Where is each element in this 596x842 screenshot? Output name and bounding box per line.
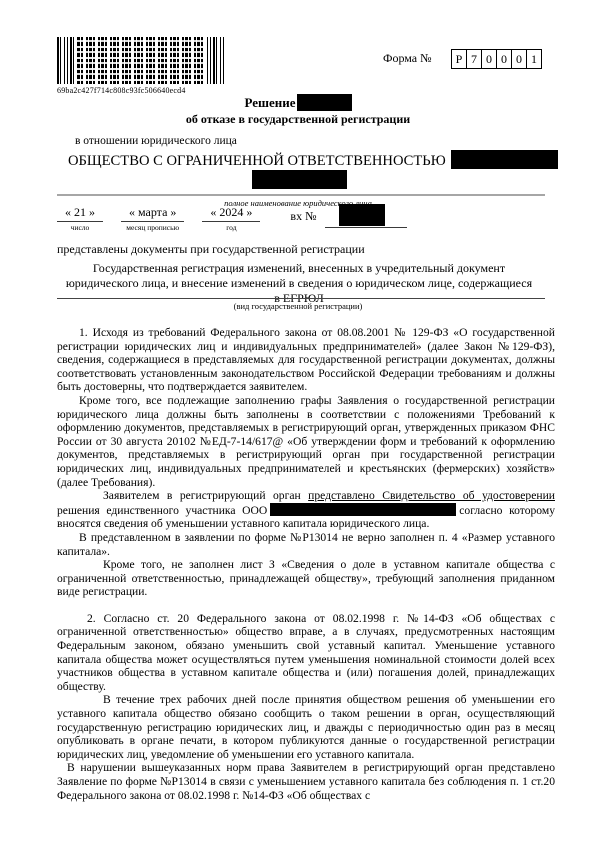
incoming-number-line xyxy=(325,205,407,228)
date-year-value: « 2024 » xyxy=(202,205,260,222)
paragraph-3: Заявителем в регистрирующий орган предст… xyxy=(57,489,555,531)
title-text: Решение xyxy=(244,95,295,110)
document-body: 1. Исходя из требований Федерального зак… xyxy=(57,326,555,802)
paragraph-6: 2. Согласно ст. 20 Федерального закона о… xyxy=(57,612,555,694)
form-code-cell: 7 xyxy=(466,49,482,69)
form-code-boxes: Р 7 0 0 0 1 xyxy=(452,49,542,69)
company-name-prefix: ОБЩЕСТВО С ОГРАНИЧЕННОЙ ОТВЕТСТВЕННОСТЬЮ xyxy=(68,153,446,169)
barcode-2d-pattern xyxy=(77,37,205,84)
registration-type-caption: (вид государственной регистрации) xyxy=(0,301,596,311)
paragraph-3-start: Заявителем в регистрирующий орган xyxy=(103,489,308,502)
paragraph-3-underlined: представлено Свидетельство об удостовере… xyxy=(308,489,555,502)
date-block: « 21 » число « марта » месяц прописью « … xyxy=(57,205,407,232)
form-code-cell: 0 xyxy=(481,49,497,69)
document-page: 69ba2c427f714c808c93fc506640ecd4 Форма №… xyxy=(0,0,596,842)
paragraph-2: Кроме того, все подлежащие заполнению гр… xyxy=(57,394,555,489)
paragraph-8: В нарушении вышеуказанных норм права Зая… xyxy=(57,761,555,802)
form-number-label: Форма № xyxy=(383,51,432,66)
date-day-label: число xyxy=(57,222,103,232)
form-code-cell: 0 xyxy=(496,49,512,69)
paragraph-7: В течение трех рабочих дней после принят… xyxy=(57,693,555,761)
date-year-label: год xyxy=(202,222,260,232)
paragraph-5: Кроме того, не заполнен лист З «Сведения… xyxy=(57,558,555,599)
form-code-cell: 1 xyxy=(526,49,542,69)
date-month-value: « марта » xyxy=(121,205,184,222)
redaction-box xyxy=(270,503,456,516)
separator-line xyxy=(57,194,545,196)
company-name-line: ОБЩЕСТВО С ОГРАНИЧЕННОЙ ОТВЕТСТВЕННОСТЬЮ xyxy=(68,150,558,170)
redaction-box xyxy=(297,94,352,111)
document-title: Решение xyxy=(0,94,596,111)
barcode-icon xyxy=(57,37,225,84)
paragraph-4: В представленном в заявлении по форме №Р… xyxy=(57,531,555,558)
redaction-box xyxy=(252,170,347,189)
subject-intro: в отношении юридического лица xyxy=(75,135,237,147)
separator-line xyxy=(57,298,545,299)
paragraph-1: 1. Исходя из требований Федерального зак… xyxy=(57,326,555,394)
paragraph-3-mid: решения единственного участника ООО xyxy=(57,504,267,517)
form-code-cell: Р xyxy=(451,49,467,69)
registration-type-text: Государственная регистрация изменений, в… xyxy=(63,261,535,306)
submitted-documents-line: представлены документы при государственн… xyxy=(57,242,365,257)
date-day-field: « 21 » число xyxy=(57,205,103,232)
date-day-value: « 21 » xyxy=(57,205,103,222)
date-year-field: « 2024 » год xyxy=(202,205,260,232)
incoming-number-label: вх № xyxy=(290,209,316,224)
date-month-label: месяц прописью xyxy=(121,222,184,232)
redaction-box xyxy=(339,204,385,226)
form-code-cell: 0 xyxy=(511,49,527,69)
document-subtitle: об отказе в государственной регистрации xyxy=(0,112,596,127)
date-month-field: « марта » месяц прописью xyxy=(121,205,184,232)
redaction-box xyxy=(451,150,558,169)
